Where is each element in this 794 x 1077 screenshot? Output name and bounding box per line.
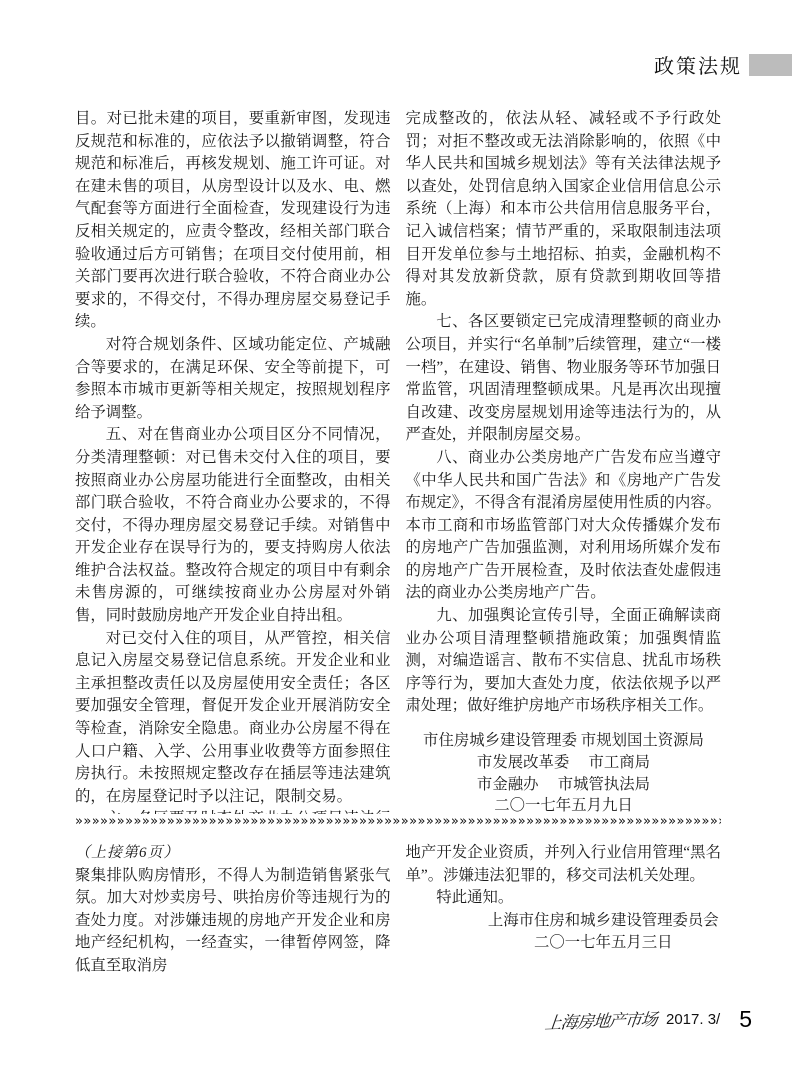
- article-body: 目。对已批未建的项目，要重新审图，发现违反规范和标准的，应依法予以撤销调整，符合…: [75, 108, 721, 820]
- signature-line: 市住房城乡建设管理委 市规划国土资源局: [407, 730, 720, 752]
- notice-signature: 上海市住房和城乡建设管理委员会 二〇一七年五月三日: [406, 910, 722, 955]
- paragraph: 八、商业办公类房地产广告发布应当遵守《中华人民共和国广告法》和《房地产广告发布规…: [406, 447, 722, 605]
- article-right-column: 完成整改的，依法从轻、减轻或不予行政处罚；对拒不整改或无法消除影响的，依照《中华…: [406, 108, 722, 712]
- page-header: 政策法规: [654, 50, 792, 79]
- continued-article: （上接第6页） 聚集排队购房情形，不得人为制造销售紧张气氛。加大对炒卖房号、哄抬…: [75, 842, 721, 962]
- signature-date: 二〇一七年五月三日: [486, 932, 722, 955]
- continuation-note: （上接第6页）: [75, 842, 391, 865]
- paragraph: 聚集排队购房情形，不得人为制造销售紧张气氛。加大对炒卖房号、哄抬房价等违规行为的…: [75, 865, 391, 978]
- paragraph: 地产开发企业资质，并列入行业信用管理“黑名单”。涉嫌违法犯罪的，移交司法机关处理…: [406, 842, 722, 887]
- section-title: 政策法规: [654, 50, 742, 79]
- issuing-departments-signature: 市住房城乡建设管理委 市规划国土资源局 市发展改革委 市工商局 市金融办 市城管…: [407, 730, 720, 817]
- page-footer: 上海房地产市场 2017. 3/ 5: [545, 1006, 752, 1033]
- section-marker-box: [749, 54, 792, 76]
- signature-line: 上海市住房和城乡建设管理委员会: [486, 910, 722, 933]
- continued-right-column: 地产开发企业资质，并列入行业信用管理“黑名单”。涉嫌违法犯罪的，移交司法机关处理…: [406, 842, 722, 962]
- document-page: 政策法规 目。对已批未建的项目，要重新审图，发现违反规范和标准的，应依法予以撤销…: [0, 0, 794, 1077]
- page-number: 5: [739, 1006, 752, 1033]
- paragraph: 目。对已批未建的项目，要重新审图，发现违反规范和标准的，应依法予以撤销调整，符合…: [75, 108, 391, 334]
- issue-label: 2017. 3/: [666, 1011, 720, 1028]
- signature-line: 市发展改革委 市工商局: [407, 752, 720, 774]
- paragraph: 九、加强舆论宣传引导，全面正确解读商业办公项目清理整顿措施政策；加强舆情监测，对…: [406, 605, 722, 712]
- paragraph: 五、对在售商业办公项目区分不同情况，分类清理整顿：对已售未交付入住的项目，要按照…: [75, 424, 391, 627]
- paragraph: 对已交付入住的项目，从严管控，相关信息记入房屋交易登记信息系统。开发企业和业主承…: [75, 628, 391, 809]
- article-left-column: 目。对已批未建的项目，要重新审图，发现违反规范和标准的，应依法予以撤销调整，符合…: [75, 108, 391, 814]
- journal-logo: 上海房地产市场: [544, 1005, 659, 1034]
- signature-line: 市金融办 市城管执法局: [407, 774, 720, 796]
- closing-line: 特此通知。: [406, 887, 722, 910]
- paragraph: 七、各区要锁定已完成清理整顿的商业办公项目，并实行“名单制”后续管理，建立“一楼…: [406, 311, 722, 447]
- paragraph: 完成整改的，依法从轻、减轻或不予行政处罚；对拒不整改或无法消除影响的，依照《中华…: [406, 108, 722, 311]
- arrow-separator-rule: »»»»»»»»»»»»»»»»»»»»»»»»»»»»»»»»»»»»»»»»…: [75, 814, 721, 830]
- paragraph: 对符合规划条件、区域功能定位、产城融合等要求的，在满足环保、安全等前提下，可参照…: [75, 334, 391, 424]
- continued-left-column: （上接第6页） 聚集排队购房情形，不得人为制造销售紧张气氛。加大对炒卖房号、哄抬…: [75, 842, 391, 962]
